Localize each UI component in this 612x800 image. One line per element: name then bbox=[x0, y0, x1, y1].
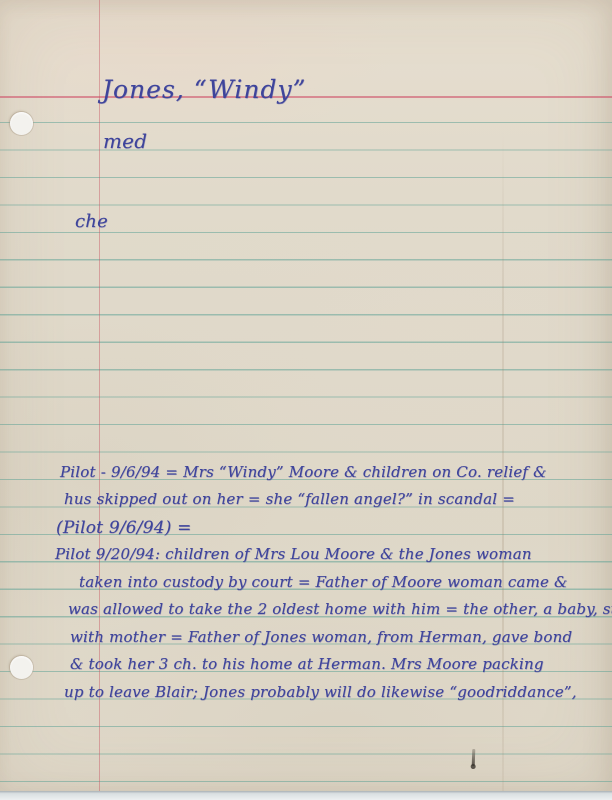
note-line: hus skipped out on her = she “fallen ang… bbox=[64, 490, 515, 508]
stray-ink-mark bbox=[472, 749, 476, 766]
notebook-paper: Jones, “Windy” med che Pilot - 9/6/94 = … bbox=[0, 0, 612, 791]
note-line: was allowed to take the 2 oldest home wi… bbox=[68, 600, 612, 618]
note-line: taken into custody by court = Father of … bbox=[79, 573, 568, 591]
note-line: Pilot 9/20/94: children of Mrs Lou Moore… bbox=[55, 545, 532, 563]
note-line: (Pilot 9/6/94) = bbox=[56, 518, 192, 538]
note-subheading: med bbox=[103, 129, 147, 153]
scanner-bed-edge bbox=[0, 791, 612, 800]
note-margin-abbreviation: che bbox=[75, 211, 108, 232]
note-line: Pilot - 9/6/94 = Mrs “Windy” Moore & chi… bbox=[60, 463, 547, 481]
note-line: with mother = Father of Jones woman, fro… bbox=[70, 628, 572, 646]
note-heading: Jones, “Windy” bbox=[102, 75, 306, 104]
note-line: up to leave Blair; Jones probably will d… bbox=[64, 683, 577, 701]
punch-hole-bottom bbox=[10, 656, 33, 679]
punch-hole-top bbox=[10, 112, 33, 135]
scanned-page: Jones, “Windy” med che Pilot - 9/6/94 = … bbox=[0, 0, 612, 800]
note-line: & took her 3 ch. to his home at Herman. … bbox=[70, 655, 544, 673]
